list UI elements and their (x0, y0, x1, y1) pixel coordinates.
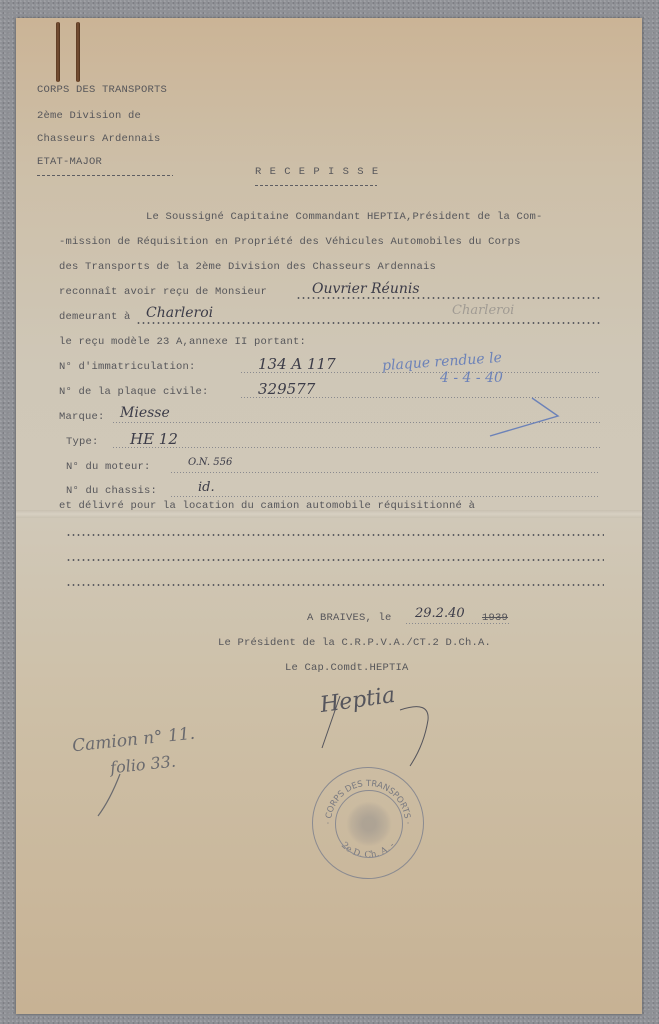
field-label-engine: N° du moteur: (66, 461, 151, 473)
received-from-label: reconnaît avoir reçu de Monsieur (59, 286, 267, 298)
residing-value-faint: Charleroi (452, 303, 514, 318)
date-handwritten: 29.2.40 (415, 606, 465, 621)
president-line: Le Président de la C.R.P.V.A./CT.2 D.Ch.… (218, 637, 491, 649)
residing-dotted-line (136, 322, 600, 324)
residing-value: Charleroi (146, 305, 213, 321)
residing-label: demeurant à (59, 311, 131, 323)
staple-mark (76, 22, 80, 82)
blue-arrow-mark (480, 390, 570, 440)
signer-line: Le Cap.Comdt.HEPTIA (285, 662, 409, 674)
stamp-emblem-icon (346, 801, 392, 847)
delivery-dotted-line-2 (66, 559, 604, 561)
field-dotted-line (170, 496, 600, 497)
official-stamp: · CORPS DES TRANSPORTS · 2e D. Ch. A. - (312, 767, 424, 879)
blue-annotation-line-2: 4 - 4 - 40 (440, 370, 503, 386)
field-label-brand: Marque: (59, 411, 105, 423)
field-value-type: HE 12 (130, 430, 178, 448)
pencil-stroke (90, 770, 130, 820)
header-line-1: CORPS DES TRANSPORTS (37, 84, 167, 96)
delivery-dotted-line-3 (66, 584, 604, 586)
field-label-registration: N° d'immatriculation: (59, 361, 196, 373)
field-value-civil-plate: 329577 (258, 380, 315, 398)
paragraph-line-3: des Transports de la 2ème Division des C… (59, 261, 436, 273)
field-value-registration: 134 A 117 (258, 355, 336, 373)
header-line-3: Chasseurs Ardennais (37, 133, 161, 145)
field-value-brand: Miesse (120, 405, 170, 421)
document-title: R E C E P I S S E (255, 166, 379, 178)
field-dotted-line (170, 472, 600, 473)
field-value-engine: O.N. 556 (188, 457, 232, 468)
received-from-value: Ouvrier Réunis (312, 281, 420, 297)
paragraph-line-1: Le Soussigné Capitaine Commandant HEPTIA… (146, 211, 543, 223)
received-from-dotted-line (296, 297, 600, 299)
staple-mark (56, 22, 60, 82)
field-value-chassis: id. (198, 480, 215, 495)
header-line-4: ETAT-MAJOR (37, 156, 102, 168)
delivery-dotted-line-1 (66, 534, 604, 536)
delivery-text: et délivré pour la location du camion au… (59, 500, 475, 512)
field-label-civil-plate: N° de la plaque civile: (59, 386, 209, 398)
signature-strokes (300, 690, 440, 770)
paragraph-line-2: -mission de Réquisition en Propriété des… (59, 236, 521, 248)
title-underline (255, 185, 377, 186)
place-label: A BRAIVES, le (307, 612, 392, 624)
field-label-type: Type: (66, 436, 99, 448)
field-dotted-line (112, 447, 600, 448)
stamp-inner-ring (335, 790, 403, 858)
header-underline (37, 175, 173, 176)
field-label-chassis: N° du chassis: (66, 485, 157, 497)
date-struck: 1939 (482, 612, 508, 624)
form-reference: le reçu modèle 23 A,annexe II portant: (59, 336, 306, 348)
header-line-2: 2ème Division de (37, 110, 141, 122)
